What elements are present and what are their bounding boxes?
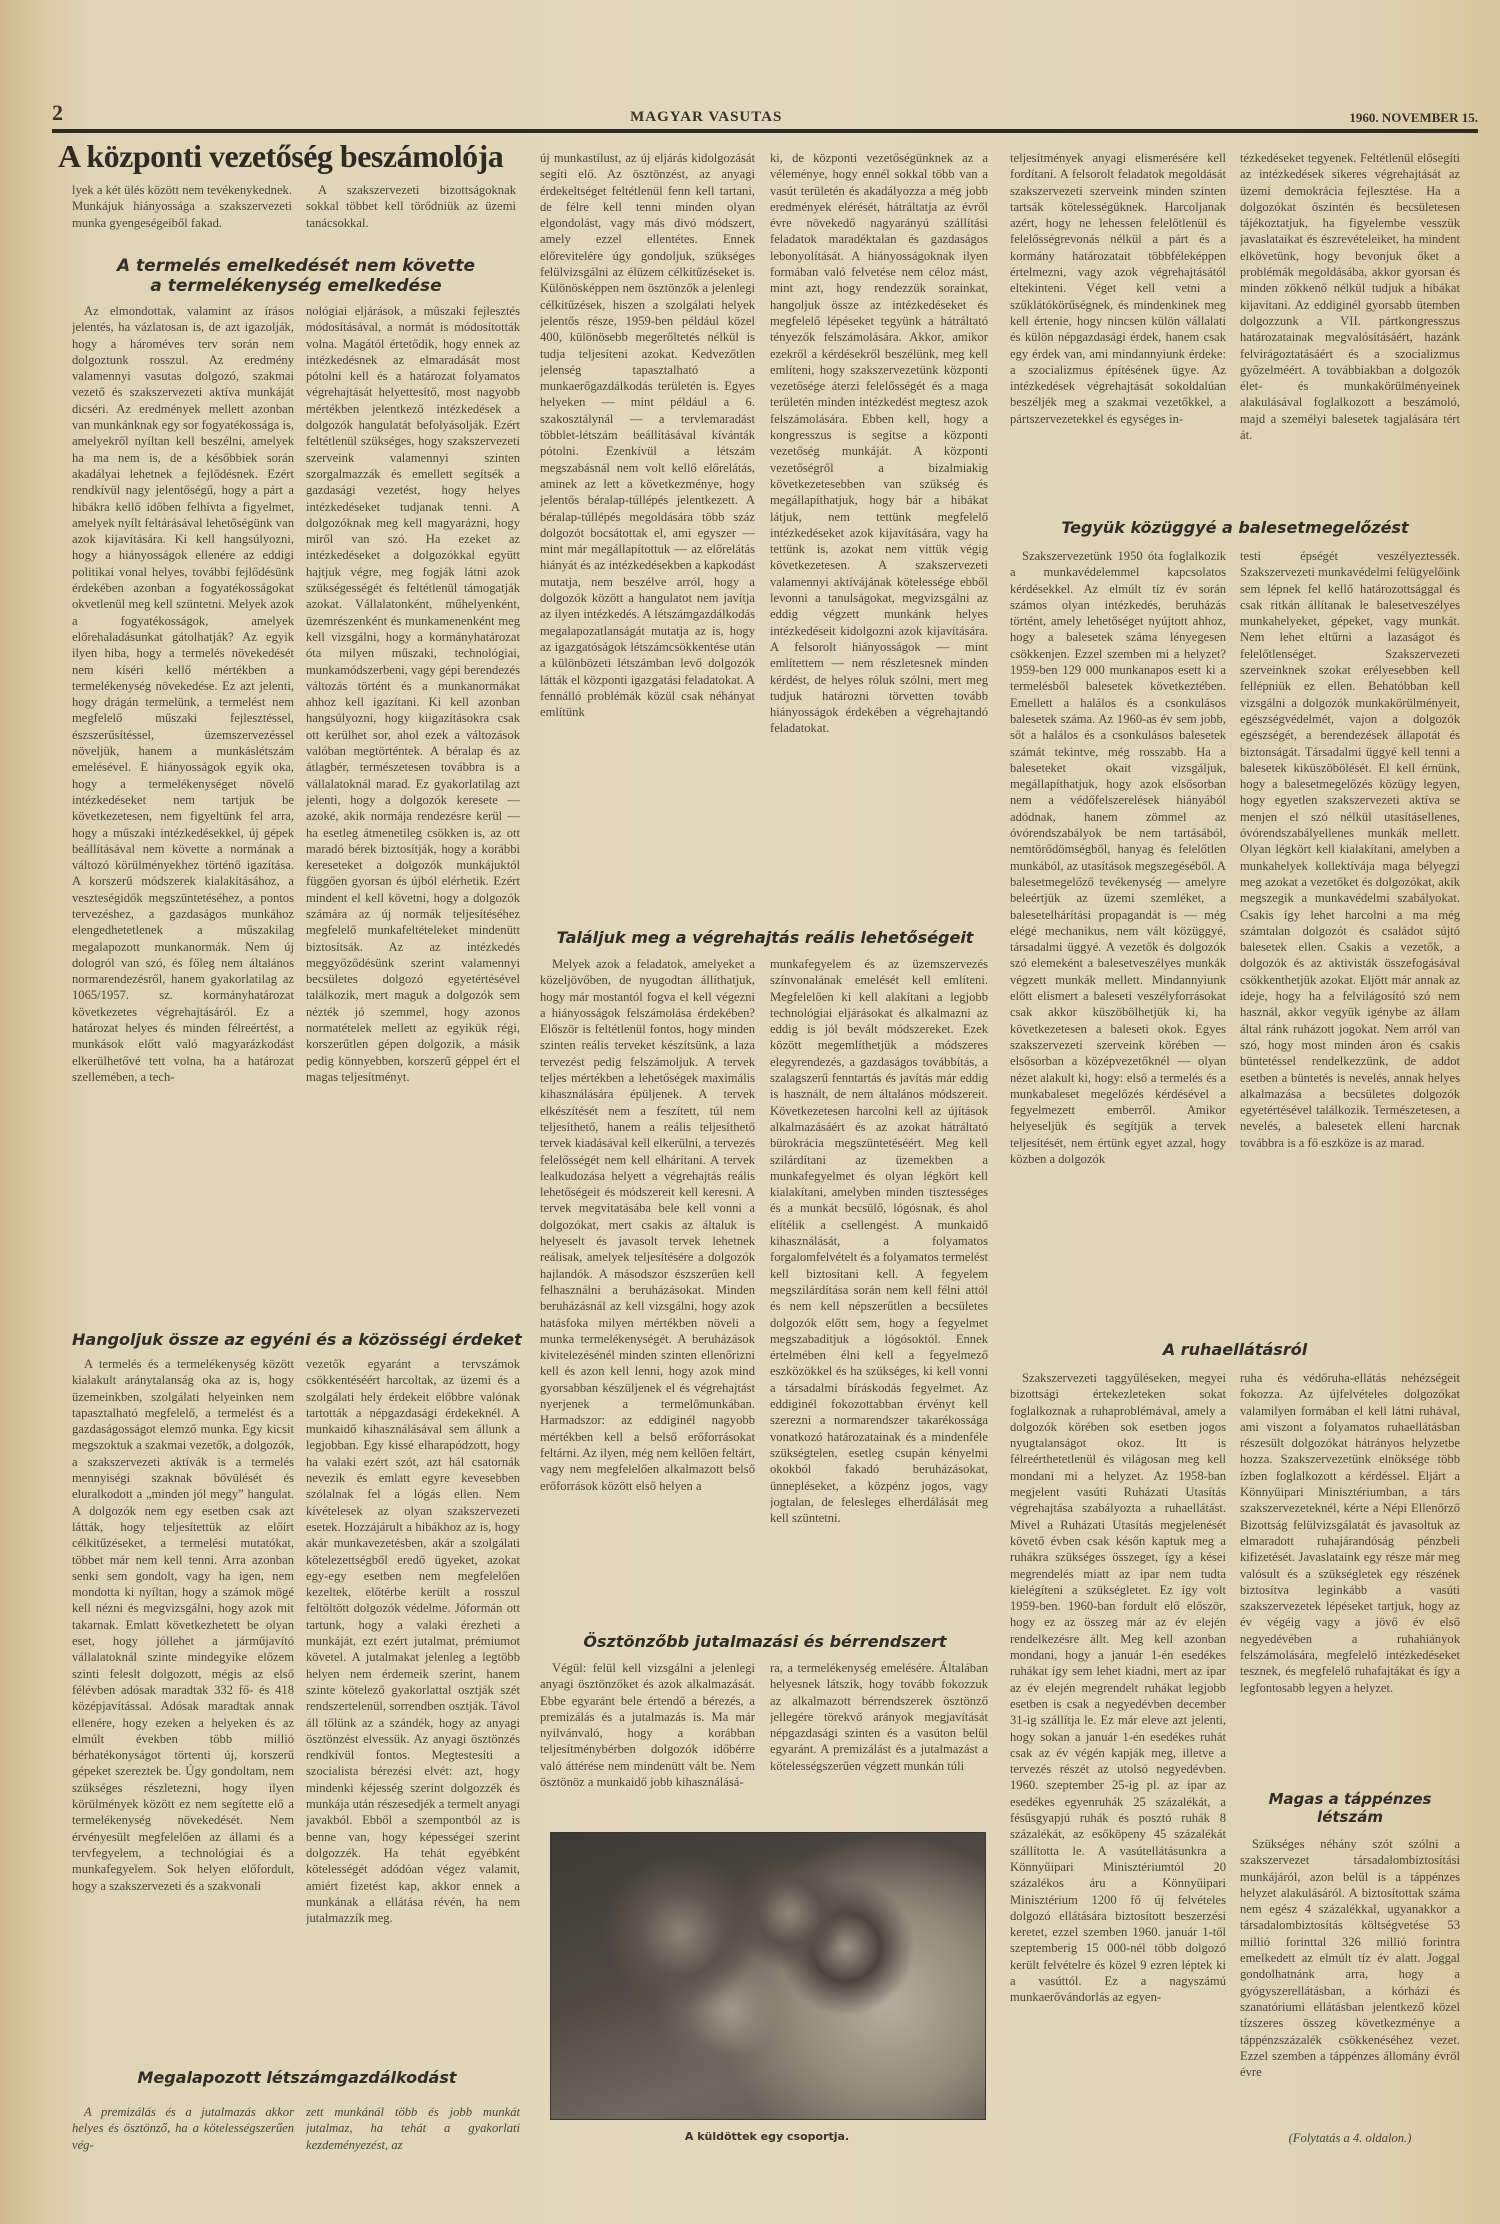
article-column-6: tézkedéseket tegyenek. Feltétlenül előse… bbox=[1240, 150, 1460, 510]
subheading-ruhaellatas: A ruhaellátásról bbox=[1010, 1340, 1460, 1359]
article-column-3: új munkastílust, az új eljárás kidolgozá… bbox=[540, 150, 755, 922]
osztonzobb-column-1: Végül: felül kell vizsgálni a jelenlegi … bbox=[540, 1660, 755, 1822]
ruhaellatas-column-2: ruha és védőruha-ellátás nehézségeit fok… bbox=[1240, 1370, 1460, 1782]
termeles-column-1: Az elmondottak, valamint az írásos jelen… bbox=[72, 303, 294, 1313]
hangoljuk-column-1: A termelés és a termelékenység között ki… bbox=[72, 1356, 294, 2056]
subheading-tappenzes: Magas a táppénzes létszám bbox=[1240, 1790, 1460, 1826]
megalapozott-column-2: zett munkánál több és jobb munkát jutalm… bbox=[306, 2104, 520, 2156]
photo-caption: A küldöttek egy csoportja. bbox=[550, 2130, 984, 2143]
issue-date: 1960. NOVEMBER 15. bbox=[1349, 110, 1478, 126]
ruhaellatas-column-1: Szakszervezeti taggyűléseken, megyei biz… bbox=[1010, 1370, 1226, 2150]
article-column-5: teljesítmények anyagi elismerésére kell … bbox=[1010, 150, 1226, 510]
photo-delegates bbox=[550, 1832, 986, 2120]
page-number: 2 bbox=[52, 100, 63, 126]
intro-column-2: A szakszervezeti bizottságoknak sokkal t… bbox=[306, 182, 516, 234]
continuation-note: (Folytatás a 4. oldalon.) bbox=[1240, 2130, 1460, 2146]
subheading-termeles: A termelés emelkedését nem követte a ter… bbox=[72, 256, 520, 297]
subheading-hangoljuk: Hangoljuk össze az egyéni és a közösségi… bbox=[72, 1330, 522, 1349]
subheading-megalapozott: Megalapozott létszámgazdálkodást bbox=[72, 2068, 522, 2087]
talaljuk-column-1: Melyek azok a feladatok, amelyeket a köz… bbox=[540, 956, 755, 1628]
talaljuk-column-2: munkafegyelem és az üzemszervezés színvo… bbox=[770, 956, 988, 1628]
megalapozott-column-1: A premizálás és a jutalmazás akkor helye… bbox=[72, 2104, 294, 2156]
subheading-osztonzobb: Ösztönzőbb jutalmazási és bérrendszert bbox=[540, 1632, 990, 1651]
newspaper-title: MAGYAR VASUTAS bbox=[630, 109, 782, 126]
osztonzobb-column-2: ra, a termelékenység emelésére. Általába… bbox=[770, 1660, 988, 1822]
article-column-4: ki, de központi vezetőségünknek az a vél… bbox=[770, 150, 988, 922]
tappenzes-column: Szükséges néhány szót szólni a szakszerv… bbox=[1240, 1836, 1460, 2128]
masthead: 2 MAGYAR VASUTAS 1960. NOVEMBER 15. bbox=[52, 96, 1478, 133]
subheading-balesetmegelozes: Tegyük közüggyé a balesetmegelőzést bbox=[1010, 518, 1460, 537]
newspaper-page: 2 MAGYAR VASUTAS 1960. NOVEMBER 15. A kö… bbox=[0, 0, 1500, 2224]
subheading-talaljuk: Találjuk meg a végrehajtás reális lehető… bbox=[540, 928, 990, 947]
balesetmegelozes-column-2: testi épségét veszélyeztessék. Szakszerv… bbox=[1240, 548, 1460, 1318]
termeles-column-2: nológiai eljárások, a műszaki fejlesztés… bbox=[306, 303, 520, 1313]
hangoljuk-column-2: vezetők egyaránt a tervszámok csökkentés… bbox=[306, 1356, 520, 2056]
balesetmegelozes-column-1: Szakszervezetünk 1950 óta foglalkozik a … bbox=[1010, 548, 1226, 1318]
main-headline: A központi vezetőség beszámolója bbox=[58, 138, 503, 175]
intro-column-1: lyek a két ülés között nem tevékenykedne… bbox=[72, 182, 292, 234]
